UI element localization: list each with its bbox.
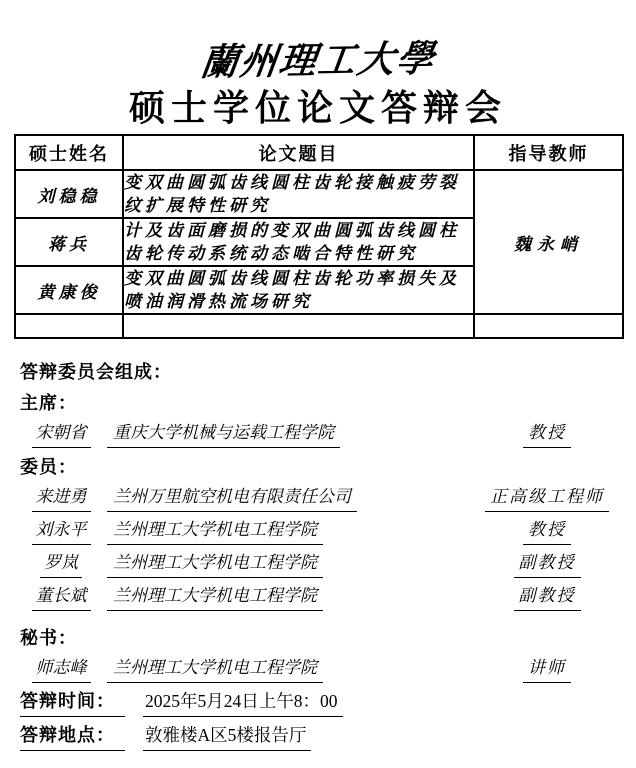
- person-title: 教授: [523, 420, 571, 448]
- person-name: 罗岚: [40, 550, 82, 578]
- secretary-label: 秘书：: [20, 626, 636, 650]
- thesis-title-cell: 计及齿面磨损的变双曲圆弧齿线圆柱齿轮传动系统动态啮合特性研究: [123, 218, 474, 266]
- person-name: 刘永平: [32, 517, 91, 545]
- table-empty-row: [15, 314, 623, 338]
- defense-time-row: 答辩时间： 2025年5月24日上午8：00: [20, 688, 636, 717]
- member-row: 董长斌 兰州理工大学机电工程学院 副教授: [20, 583, 636, 611]
- empty-cell: [123, 314, 474, 338]
- defense-location-label: 答辩地点：: [20, 722, 125, 751]
- committee-section: 答辩委员会组成： 主席： 宋朝省 重庆大学机械与运载工程学院 教授 委员： 来进…: [20, 360, 636, 683]
- empty-cell: [15, 314, 123, 338]
- student-name-cell: 黄康俊: [15, 266, 123, 314]
- person-name: 来进勇: [32, 484, 91, 512]
- empty-cell: [474, 314, 623, 338]
- chair-row: 宋朝省 重庆大学机械与运载工程学院 教授: [20, 420, 636, 448]
- person-affiliation: 重庆大学机械与运载工程学院: [107, 420, 340, 448]
- table-header-row: 硕士姓名 论文题目 指导教师: [15, 135, 623, 170]
- member-row: 刘永平 兰州理工大学机电工程学院 教授: [20, 517, 636, 545]
- secretary-row: 师志峰 兰州理工大学机电工程学院 讲师: [20, 655, 636, 683]
- document-page: 蘭州理工大學 硕士学位论文答辩会 硕士姓名 论文题目 指导教师 刘稳稳 变双曲圆…: [0, 0, 636, 768]
- person-title: 副教授: [514, 550, 581, 578]
- column-header-thesis-title: 论文题目: [123, 135, 474, 170]
- person-title: 正高级工程师: [485, 484, 609, 512]
- chair-label: 主席：: [20, 391, 636, 415]
- person-name: 董长斌: [32, 583, 91, 611]
- table-row: 刘稳稳 变双曲圆弧齿线圆柱齿轮接触疲劳裂纹扩展特性研究 魏永峭: [15, 170, 623, 218]
- person-affiliation: 兰州理工大学机电工程学院: [107, 655, 323, 683]
- student-name-cell: 蒋兵: [15, 218, 123, 266]
- member-row: 罗岚 兰州理工大学机电工程学院 副教授: [20, 550, 636, 578]
- column-header-supervisor: 指导教师: [474, 135, 623, 170]
- person-affiliation: 兰州理工大学机电工程学院: [107, 517, 323, 545]
- defense-location-value: 敦雅楼A区5楼报告厅: [143, 722, 311, 751]
- supervisor-cell: 魏永峭: [474, 170, 623, 314]
- person-affiliation: 兰州理工大学机电工程学院: [107, 550, 323, 578]
- defense-table: 硕士姓名 论文题目 指导教师 刘稳稳 变双曲圆弧齿线圆柱齿轮接触疲劳裂纹扩展特性…: [14, 134, 624, 339]
- defense-time-value: 2025年5月24日上午8：00: [143, 688, 343, 717]
- thesis-title-cell: 变双曲圆弧齿线圆柱齿轮接触疲劳裂纹扩展特性研究: [123, 170, 474, 218]
- document-title: 硕士学位论文答辩会: [0, 87, 636, 129]
- university-logo-calligraphy: 蘭州理工大學: [0, 32, 636, 91]
- defense-time-label: 答辩时间：: [20, 688, 125, 717]
- members-label: 委员：: [20, 455, 636, 479]
- defense-location-row: 答辩地点： 敦雅楼A区5楼报告厅: [20, 722, 636, 751]
- student-name-cell: 刘稳稳: [15, 170, 123, 218]
- person-name: 师志峰: [32, 655, 91, 683]
- person-title: 副教授: [514, 583, 581, 611]
- member-row: 来进勇 兰州万里航空机电有限责任公司 正高级工程师: [20, 484, 636, 512]
- person-title: 讲师: [523, 655, 571, 683]
- person-affiliation: 兰州万里航空机电有限责任公司: [107, 484, 357, 512]
- person-affiliation: 兰州理工大学机电工程学院: [107, 583, 323, 611]
- column-header-student-name: 硕士姓名: [15, 135, 123, 170]
- person-name: 宋朝省: [32, 420, 91, 448]
- person-title: 教授: [523, 517, 571, 545]
- committee-heading: 答辩委员会组成：: [20, 360, 636, 384]
- thesis-title-cell: 变双曲圆弧齿线圆柱齿轮功率损失及喷油润滑热流场研究: [123, 266, 474, 314]
